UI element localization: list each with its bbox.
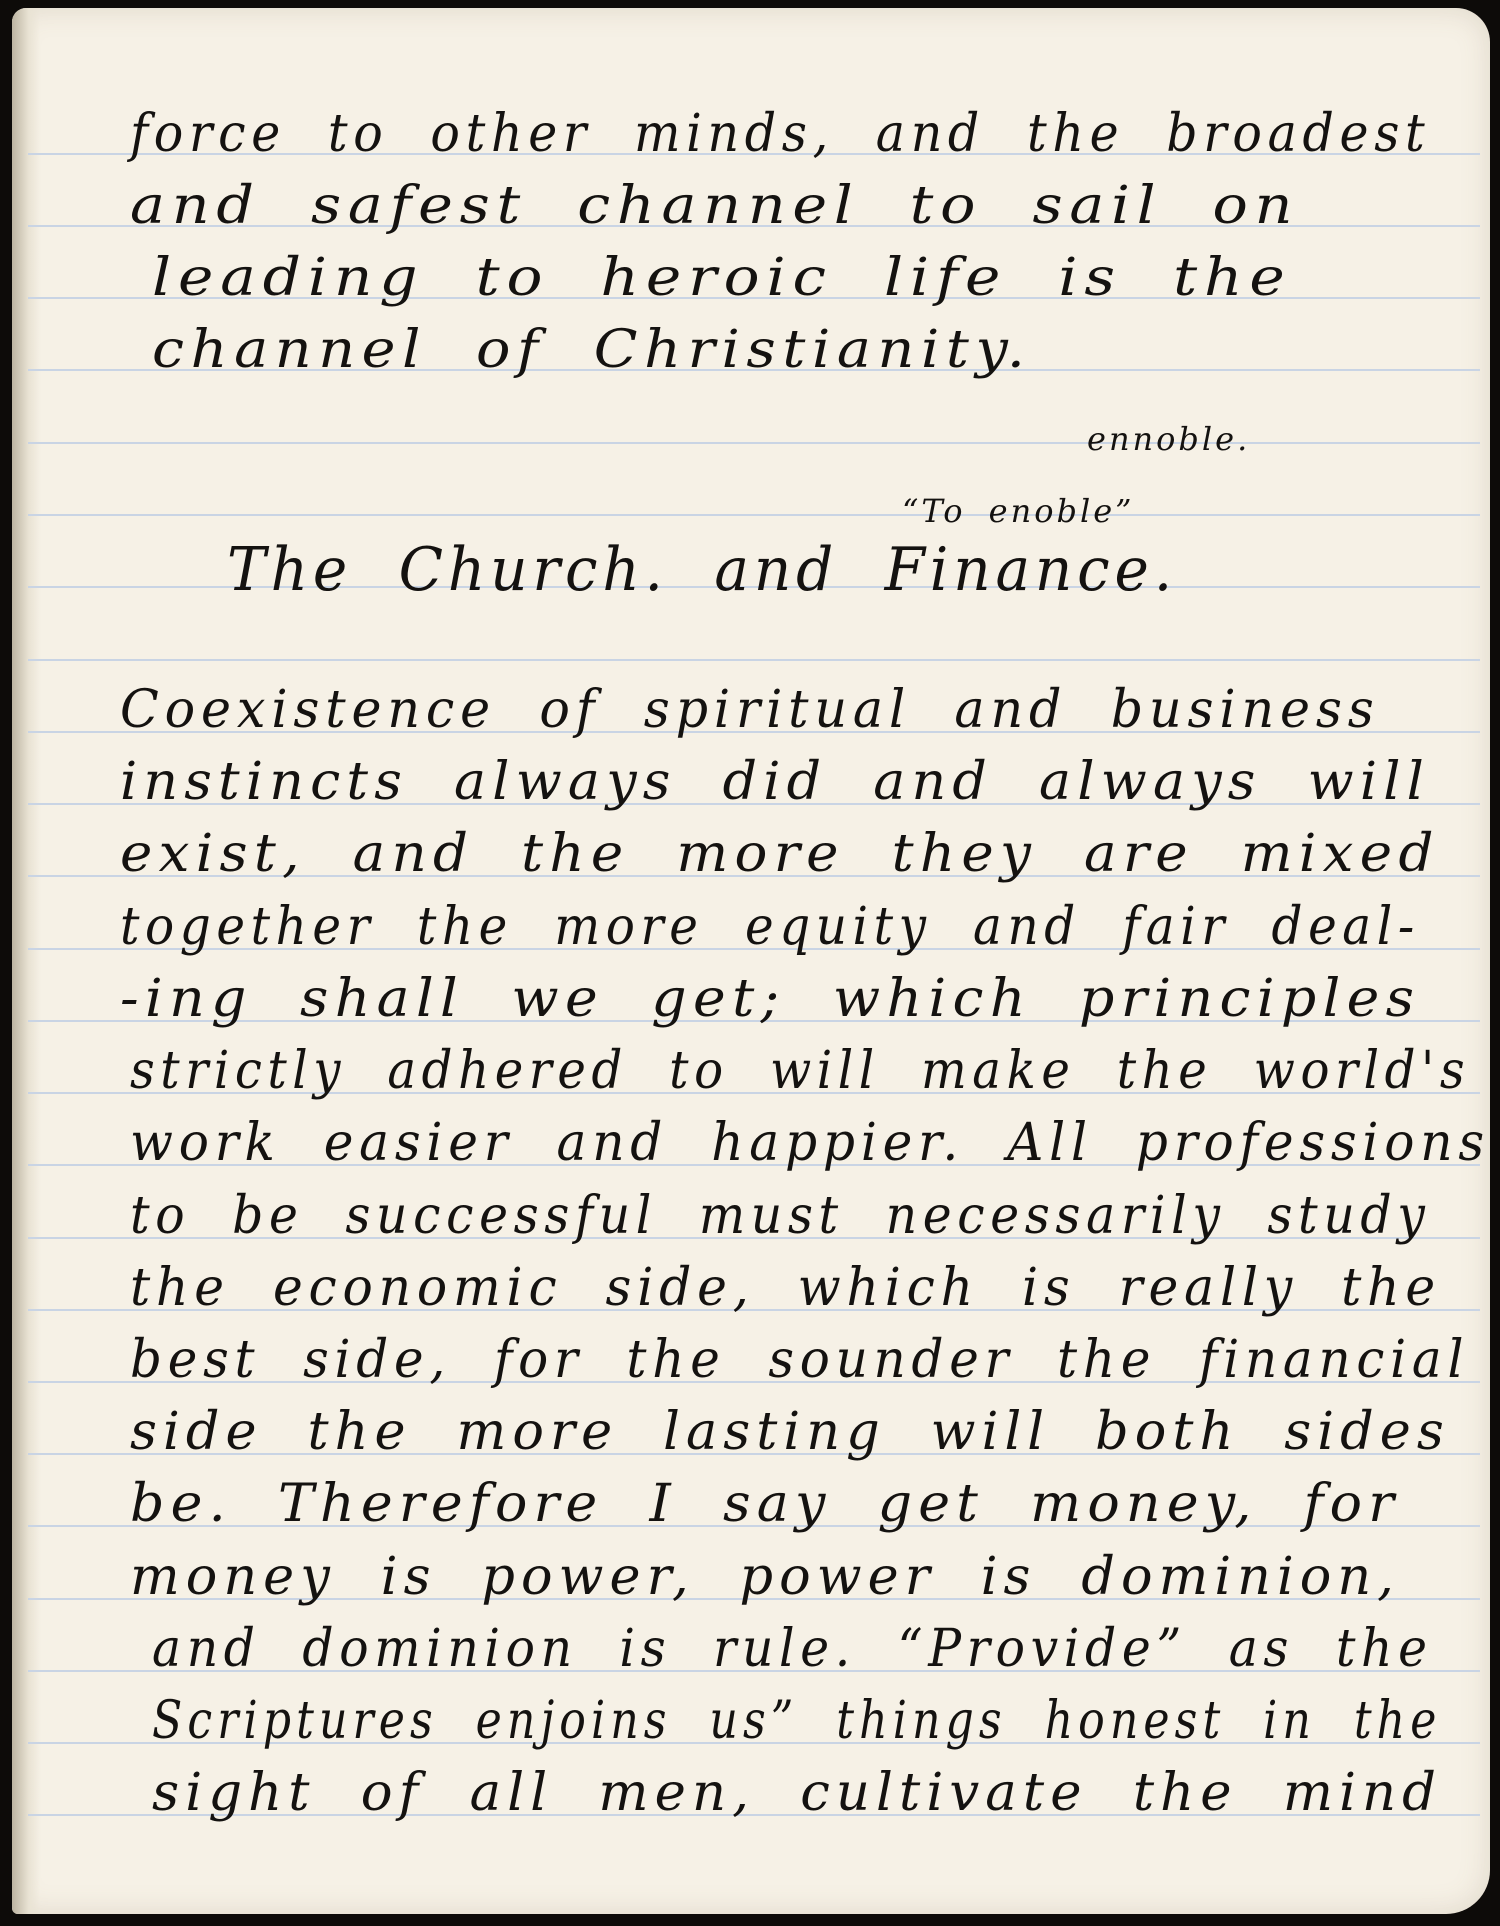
text-line: be. Therefore I say get money, for bbox=[130, 1478, 1400, 1530]
text-line: Coexistence of spiritual and business bbox=[120, 684, 1380, 736]
ruled-line bbox=[28, 442, 1480, 444]
text-line: channel of Christianity. bbox=[152, 324, 1032, 376]
text-line: instincts always did and always will bbox=[120, 756, 1430, 808]
text-line: money is power, power is dominion, bbox=[130, 1551, 1400, 1603]
ruled-line bbox=[28, 659, 1480, 661]
text-line: sight of all men, cultivate the mind bbox=[152, 1767, 1442, 1819]
text-line: best side, for the sounder the financial bbox=[130, 1334, 1469, 1386]
notebook-page: force to other minds, and the broadest a… bbox=[12, 8, 1490, 1914]
text-line: leading to heroic life is the bbox=[152, 252, 1292, 304]
text-line: work easier and happier. All professions bbox=[130, 1117, 1490, 1169]
text-line: -ing shall we get; which principles bbox=[120, 973, 1420, 1025]
text-line: to be successful must necessarily study bbox=[130, 1190, 1431, 1242]
page-title: The Church. and Finance. bbox=[227, 540, 1177, 600]
text-line: strictly adhered to will make the world'… bbox=[130, 1045, 1470, 1097]
text-line: the economic side, which is really the bbox=[130, 1262, 1441, 1314]
text-line: force to other minds, and the broadest bbox=[130, 108, 1430, 160]
text-line: Scriptures enjoins us” things honest in … bbox=[152, 1695, 1442, 1747]
ruled-line bbox=[28, 514, 1480, 516]
text-line: and safest channel to sail on bbox=[130, 180, 1299, 232]
text-line: and dominion is rule. “Provide” as the bbox=[152, 1623, 1433, 1675]
text-line: side the more lasting will both sides bbox=[130, 1406, 1450, 1458]
annotation: “To enoble” bbox=[902, 495, 1134, 527]
marginal-note: ennoble. bbox=[1087, 423, 1250, 455]
text-line: exist, and the more they are mixed bbox=[120, 828, 1440, 880]
text-line: together the more equity and fair deal- bbox=[120, 901, 1420, 953]
